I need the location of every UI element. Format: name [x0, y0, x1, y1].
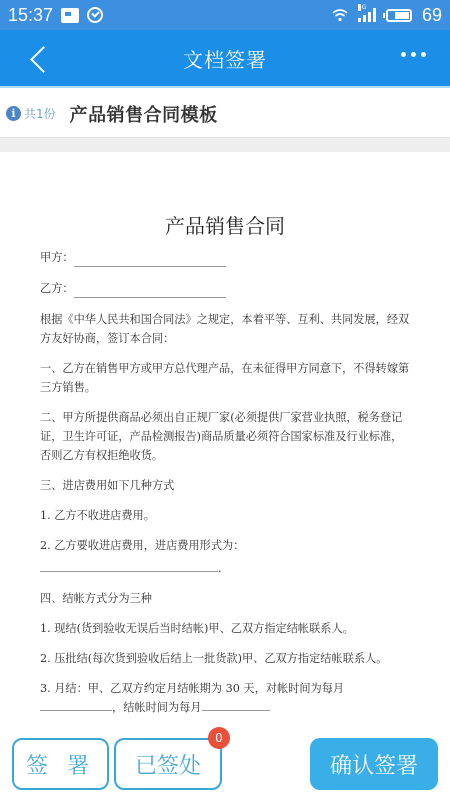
fee-form-blank-line: . [40, 559, 410, 578]
paragraph: 根据《中华人民共和国合同法》之规定，本着平等、互利、共同发展，经双方友好协商，签… [40, 310, 410, 348]
wifi-icon [332, 8, 348, 22]
contract-body: 甲方： 乙方： 根据《中华人民共和国合同法》之规定，本着平等、互利、共同发展，经… [40, 248, 410, 722]
divider [0, 138, 450, 152]
bottom-action-bar: 签 署 已签处 0 确认签署 [0, 722, 450, 800]
nav-bar: 文档签署 [0, 30, 450, 88]
paragraph: 2. 压批结(每次货到验收后结上一批货款)甲、乙双方指定结帐联系人。 [40, 649, 410, 668]
party-b-label: 乙方： [40, 279, 74, 298]
contract-title: 产品销售合同 [0, 210, 450, 239]
check-circle-icon [87, 7, 103, 23]
info-icon[interactable]: i [6, 106, 21, 121]
party-a-blank [74, 255, 226, 267]
paragraph: 三、进店费用如下几种方式 [40, 476, 410, 495]
status-time: 15:37 [8, 5, 53, 26]
battery-icon [386, 9, 412, 22]
document-header: i 共1份 产品销售合同模板 [0, 90, 450, 138]
confirm-sign-button[interactable]: 确认签署 [310, 738, 438, 790]
status-bar: 15:37 4G 69 [0, 0, 450, 30]
battery-level: 69 [422, 5, 442, 26]
network-type: 4G [358, 4, 361, 11]
document-page[interactable]: 产品销售合同 甲方： 乙方： 根据《中华人民共和国合同法》之规定，本着平等、互利… [0, 152, 450, 722]
signed-count-badge: 0 [208, 727, 230, 749]
chevron-left-icon[interactable] [28, 44, 50, 74]
gallery-icon [61, 8, 79, 23]
paragraph: 一、乙方在销售甲方或甲方总代理产品，在未征得甲方同意下，不得转嫁第三方销售。 [40, 359, 410, 397]
paragraph: 2. 乙方要收进店费用，进店费用形式为： [40, 536, 410, 555]
page-title: 文档签署 [183, 44, 267, 73]
document-name: 产品销售合同模板 [70, 101, 218, 127]
party-b-field: 乙方： [40, 279, 410, 298]
more-dots-icon[interactable] [401, 52, 426, 57]
paragraph: 1. 乙方不收进店费用。 [40, 506, 410, 525]
monthly-settlement: 3. 月结：甲、乙双方约定月结帐期为 30 天，对帐时间为每月 ，结帐时间为每月 [40, 679, 410, 717]
sign-button[interactable]: 签 署 [12, 738, 109, 790]
signed-places-button[interactable]: 已签处 [114, 738, 222, 790]
document-count: 共1份 [24, 105, 56, 122]
paragraph: 二、甲方所提供商品必须出自正规厂家(必须提供厂家营业执照，税务登记证，卫生许可证… [40, 408, 410, 465]
party-a-label: 甲方： [40, 248, 74, 267]
paragraph: 1. 现结(货到验收无误后当时结帐)甲、乙双方指定结帐联系人。 [40, 619, 410, 638]
signal-icon: 4G [358, 8, 376, 22]
paragraph: 四、结帐方式分为三种 [40, 589, 410, 608]
party-a-field: 甲方： [40, 248, 410, 267]
party-b-blank [74, 286, 226, 298]
